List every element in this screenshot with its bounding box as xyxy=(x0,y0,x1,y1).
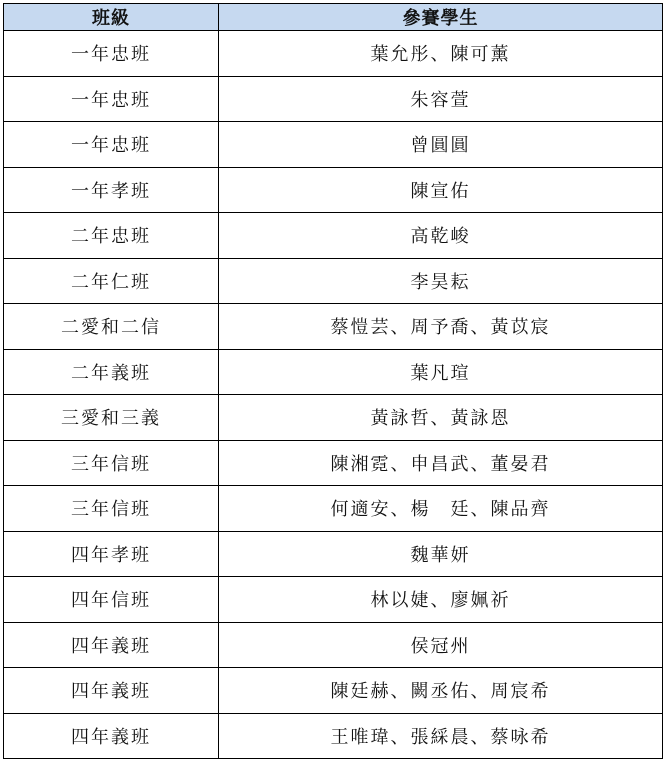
students-cell: 陳宣佑 xyxy=(219,167,663,213)
table-row: 四年義班 侯冠州 xyxy=(4,622,663,668)
students-cell: 黃詠哲、黃詠恩 xyxy=(219,395,663,441)
table-row: 四年孝班 魏華妍 xyxy=(4,531,663,577)
class-cell: 一年孝班 xyxy=(4,167,219,213)
class-cell: 四年義班 xyxy=(4,713,219,759)
document-page: 班級 參賽學生 一年忠班 葉允彤、陳可薰 一年忠班 朱容萱 一年忠班 曾圓圓 一… xyxy=(0,0,664,759)
table-row: 四年信班 林以婕、廖姵祈 xyxy=(4,577,663,623)
class-cell: 一年忠班 xyxy=(4,31,219,77)
students-cell: 王唯瑋、張綵晨、蔡咏希 xyxy=(219,713,663,759)
class-cell: 四年義班 xyxy=(4,668,219,714)
table-body: 一年忠班 葉允彤、陳可薰 一年忠班 朱容萱 一年忠班 曾圓圓 一年孝班 陳宣佑 … xyxy=(4,31,663,759)
table-row: 三年信班 陳湘霓、申昌武、董晏君 xyxy=(4,440,663,486)
table-row: 一年忠班 葉允彤、陳可薰 xyxy=(4,31,663,77)
class-cell: 三年信班 xyxy=(4,440,219,486)
table-row: 一年忠班 朱容萱 xyxy=(4,76,663,122)
students-cell: 葉凡瑄 xyxy=(219,349,663,395)
table-row: 三愛和三義 黃詠哲、黃詠恩 xyxy=(4,395,663,441)
table-row: 二愛和二信 蔡愷芸、周予喬、黃苡宸 xyxy=(4,304,663,350)
table-row: 二年忠班 高乾峻 xyxy=(4,213,663,259)
table-row: 四年義班 陳廷赫、闕丞佑、周宸希 xyxy=(4,668,663,714)
students-cell: 侯冠州 xyxy=(219,622,663,668)
class-cell: 二年義班 xyxy=(4,349,219,395)
class-cell: 二愛和二信 xyxy=(4,304,219,350)
class-cell: 一年忠班 xyxy=(4,122,219,168)
students-cell: 李昊耘 xyxy=(219,258,663,304)
table-header: 班級 參賽學生 xyxy=(4,4,663,31)
participants-table: 班級 參賽學生 一年忠班 葉允彤、陳可薰 一年忠班 朱容萱 一年忠班 曾圓圓 一… xyxy=(3,3,663,759)
students-cell: 陳廷赫、闕丞佑、周宸希 xyxy=(219,668,663,714)
table-row: 一年忠班 曾圓圓 xyxy=(4,122,663,168)
students-cell: 陳湘霓、申昌武、董晏君 xyxy=(219,440,663,486)
class-cell: 四年孝班 xyxy=(4,531,219,577)
class-cell: 一年忠班 xyxy=(4,76,219,122)
students-cell: 朱容萱 xyxy=(219,76,663,122)
class-cell: 四年信班 xyxy=(4,577,219,623)
header-row: 班級 參賽學生 xyxy=(4,4,663,31)
header-class: 班級 xyxy=(4,4,219,31)
class-cell: 二年仁班 xyxy=(4,258,219,304)
students-cell: 魏華妍 xyxy=(219,531,663,577)
header-students: 參賽學生 xyxy=(219,4,663,31)
students-cell: 蔡愷芸、周予喬、黃苡宸 xyxy=(219,304,663,350)
class-cell: 三年信班 xyxy=(4,486,219,532)
students-cell: 何適安、楊 廷、陳品齊 xyxy=(219,486,663,532)
students-cell: 曾圓圓 xyxy=(219,122,663,168)
students-cell: 高乾峻 xyxy=(219,213,663,259)
table-row: 二年義班 葉凡瑄 xyxy=(4,349,663,395)
table-row: 一年孝班 陳宣佑 xyxy=(4,167,663,213)
students-cell: 葉允彤、陳可薰 xyxy=(219,31,663,77)
class-cell: 二年忠班 xyxy=(4,213,219,259)
class-cell: 四年義班 xyxy=(4,622,219,668)
table-row: 三年信班 何適安、楊 廷、陳品齊 xyxy=(4,486,663,532)
students-cell: 林以婕、廖姵祈 xyxy=(219,577,663,623)
class-cell: 三愛和三義 xyxy=(4,395,219,441)
table-row: 二年仁班 李昊耘 xyxy=(4,258,663,304)
table-row: 四年義班 王唯瑋、張綵晨、蔡咏希 xyxy=(4,713,663,759)
